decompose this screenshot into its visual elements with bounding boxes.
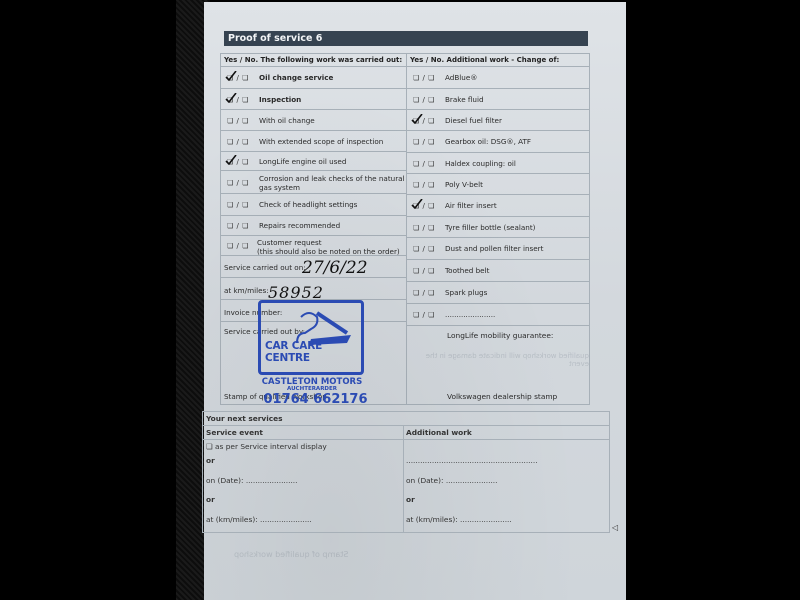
yes-no-checkbox[interactable]: ❏ / ❏ [413,311,435,319]
right-item-label: Spark plugs [445,288,487,297]
right-item-label: Gearbox oil: DSG®, ATF [445,137,531,146]
right-item-row: ❏ / ❏AdBlue® [407,67,589,89]
additional-date-field: on (Date): ...................... [406,476,498,485]
right-column-header: Yes / No. Additional work - Change of: [406,54,589,67]
yes-no-checkbox[interactable]: ❏ / ❏ [227,201,249,209]
right-item-label: Brake fluid [445,95,484,104]
right-item-row: ❏ / ❏Diesel fuel filter [407,110,589,131]
right-item-label: Haldex coupling: oil [445,159,516,168]
yes-no-checkbox[interactable]: ❏ / ❏ [413,160,435,168]
yes-no-checkbox[interactable]: ❏ / ❏ [413,181,435,189]
right-item-row: ❏ / ❏Air filter insert [407,195,589,217]
service-event-header: Service event [206,428,263,437]
workshop-stamp: CAR CARE CENTRE [258,300,364,375]
show-through-text: qualified workshop will indicate damage … [411,352,589,368]
service-date-handwritten: 27/6/22 [302,258,368,278]
dealer-stamp-label: Volkswagen dealership stamp [447,392,557,401]
next-km-field: at (km/miles): ...................... [206,515,312,524]
or-label-2: or [206,495,215,504]
right-item-row: ❏ / ❏Toothed belt [407,260,589,282]
right-item-row: ❏ / ❏Dust and pollen filter insert [407,238,589,260]
left-column-header: Yes / No. The following work was carried… [221,54,406,67]
additional-km-field: at (km/miles): ...................... [406,515,512,524]
yes-no-checkbox[interactable]: ❏ / ❏ [227,117,249,125]
left-item-row: ❏ / ❏Oil change service [221,67,406,89]
left-item-row: ❏ / ❏Inspection [221,89,406,110]
right-item-label: Air filter insert [445,201,497,210]
right-item-label: Poly V-belt [445,180,483,189]
yes-no-checkbox[interactable]: ❏ / ❏ [413,224,435,232]
yes-no-checkbox[interactable]: ❏ / ❏ [227,138,249,146]
right-item-label: AdBlue® [445,73,477,82]
yes-no-checkbox[interactable]: ❏ / ❏ [413,138,435,146]
left-item-row: ❏ / ❏LongLife engine oil used [221,152,406,171]
show-through-text-bottom: Stamp of qualified workshop [234,550,348,559]
interval-display-option[interactable]: ❏ as per Service interval display [206,442,327,451]
left-item-row: ❏ / ❏Repairs recommended [221,216,406,236]
service-date-label: Service carried out on: [224,263,306,272]
yes-no-checkbox[interactable]: ❏ / ❏ [413,267,435,275]
right-item-label: Tyre filler bottle (sealant) [445,223,535,232]
right-item-row: ❏ / ❏Haldex coupling: oil [407,153,589,174]
next-services-table: Your next services Service event Additio… [202,411,610,533]
yes-no-checkbox[interactable]: ❏ / ❏ [413,96,435,104]
left-item-row: ❏ / ❏Corrosion and leak checks of the na… [221,171,406,194]
left-item-label: Check of headlight settings [259,200,357,209]
or-label-3: or [406,495,415,504]
left-item-label: With oil change [259,116,315,125]
left-item-label: LongLife engine oil used [259,157,346,166]
right-item-row: ❏ / ❏Brake fluid [407,89,589,110]
additional-work-header: Additional work [406,428,472,437]
triangle-marker-icon: ◁ [612,523,618,532]
right-item-row: ❏ / ❏Spark plugs [407,282,589,304]
yes-no-checkbox[interactable]: ❏ / ❏ [413,245,435,253]
yes-no-checkbox[interactable]: ❏ / ❏ [413,289,435,297]
yes-no-checkbox[interactable]: ❏ / ❏ [413,74,435,82]
left-item-label: Repairs recommended [259,221,340,230]
left-item-row: ❏ / ❏With oil change [221,110,406,131]
left-item-label: Oil change service [259,73,333,82]
left-item-row: ❏ / ❏With extended scope of inspection [221,131,406,152]
right-item-label: Diesel fuel filter [445,116,502,125]
next-services-title: Your next services [206,414,283,423]
stamp-name: CAR CARE CENTRE [265,340,361,364]
yes-no-checkbox[interactable]: ❏ / ❏ [227,179,249,187]
stamp-phone: 01764 662176 [258,392,373,407]
right-item-row: ❏ / ❏Gearbox oil: DSG®, ATF [407,131,589,153]
or-label: or [206,456,215,465]
next-date-field: on (Date): ...................... [206,476,298,485]
right-item-label: ...................... [445,310,495,319]
right-item-label: Dust and pollen filter insert [445,244,543,253]
left-item-row: ❏ / ❏Customer request(this should also b… [221,236,406,256]
right-item-row: ❏ / ❏Tyre filler bottle (sealant) [407,217,589,238]
page-title: Proof of service 6 [224,31,588,46]
left-item-label: Inspection [259,95,301,104]
left-item-label: With extended scope of inspection [259,137,383,146]
mileage-label: at km/miles: [224,286,269,295]
yes-no-checkbox[interactable]: ❏ / ❏ [227,222,249,230]
left-item-label: Corrosion and leak checks of the natural… [259,174,405,192]
right-item-label: Toothed belt [445,266,489,275]
left-item-row: ❏ / ❏Check of headlight settings [221,194,406,216]
longlife-guarantee-label: LongLife mobility guarantee: [447,331,553,340]
left-item-label: Customer request(this should also be not… [257,238,400,256]
additional-work-line: ........................................… [406,456,538,465]
yes-no-checkbox[interactable]: ❏ / ❏ [227,242,249,250]
right-item-row: ❏ / ❏...................... [407,304,589,326]
right-item-row: ❏ / ❏Poly V-belt [407,174,589,195]
